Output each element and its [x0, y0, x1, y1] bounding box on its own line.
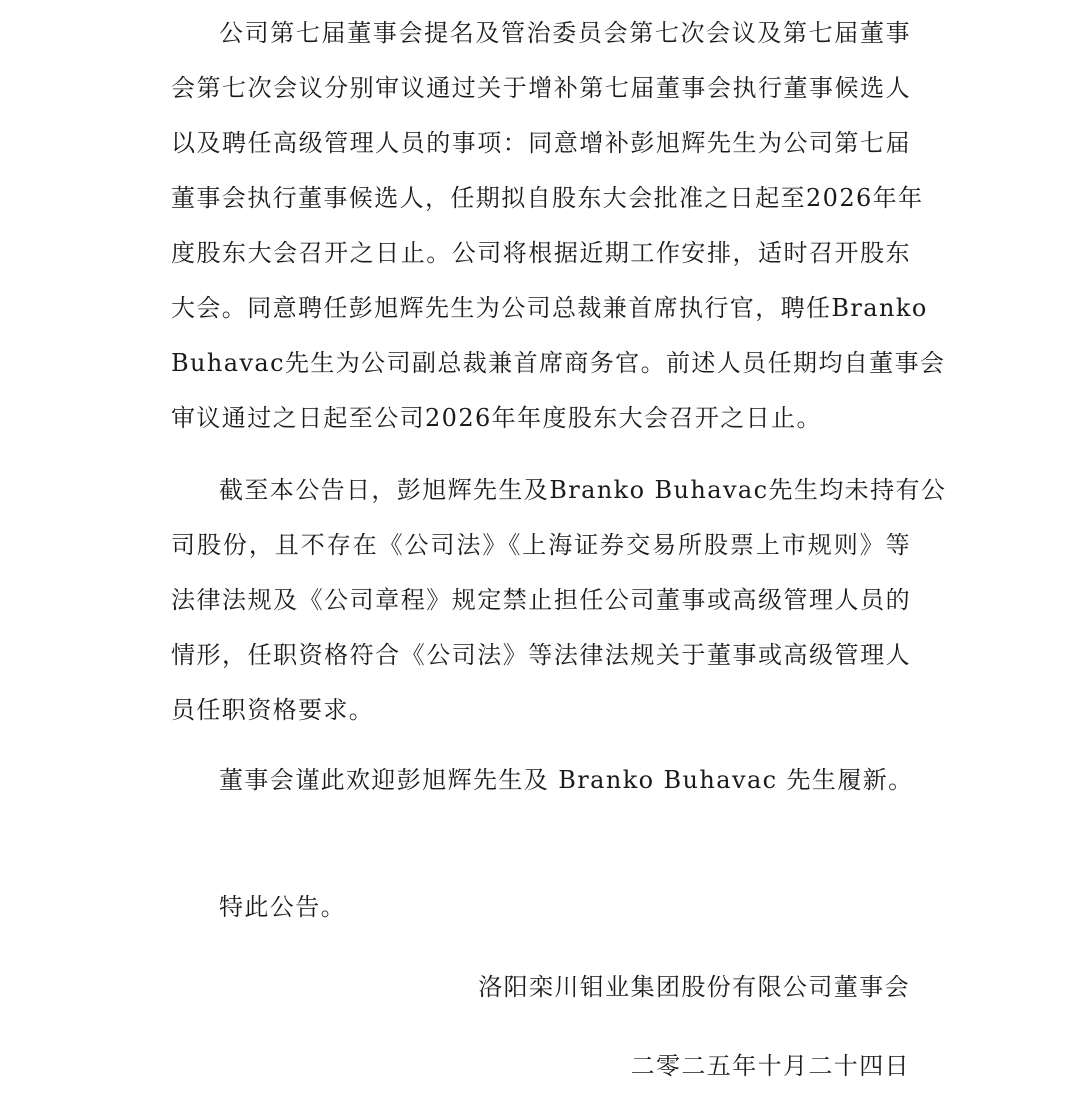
paragraph-2-line-4: 情形，任职资格符合《公司法》等法律法规关于董事或高级管理人 [171, 640, 911, 670]
paragraph-1-line-4: 董事会执行董事候选人，任期拟自股东大会批准之日起至2026年年 [171, 183, 911, 213]
paragraph-1-line-8: 审议通过之日起至公司2026年年度股东大会召开之日止。 [171, 403, 911, 433]
paragraph-2-line-1: 截至本公告日，彭旭辉先生及Branko Buhavac先生均未持有公 [219, 475, 911, 505]
paragraph-1-line-7: Buhavac先生为公司副总裁兼首席商务官。前述人员任期均自董事会 [171, 348, 911, 378]
paragraph-2-line-3: 法律法规及《公司章程》规定禁止担任公司董事或高级管理人员的 [171, 585, 911, 615]
signature-date: 二零二五年十月二十四日 [631, 1051, 910, 1081]
paragraph-3-line-1: 董事会谨此欢迎彭旭辉先生及 Branko Buhavac 先生履新。 [219, 765, 911, 795]
announcement-page: 公司第七届董事会提名及管治委员会第七次会议及第七届董事 会第七次会议分别审议通过… [0, 0, 1080, 1104]
paragraph-2-line-2: 司股份，且不存在《公司法》《上海证券交易所股票上市规则》等 [171, 530, 911, 560]
paragraph-1-line-2: 会第七次会议分别审议通过关于增补第七届董事会执行董事候选人 [171, 73, 911, 103]
signature-company: 洛阳栾川钼业集团股份有限公司董事会 [478, 972, 910, 1002]
paragraph-1-line-6: 大会。同意聘任彭旭辉先生为公司总裁兼首席执行官，聘任Branko [171, 293, 911, 323]
paragraph-1-line-1: 公司第七届董事会提名及管治委员会第七次会议及第七届董事 [219, 18, 911, 48]
closing-text: 特此公告。 [219, 892, 911, 922]
paragraph-1-line-5: 度股东大会召开之日止。公司将根据近期工作安排，适时召开股东 [171, 238, 911, 268]
paragraph-2-line-5: 员任职资格要求。 [171, 695, 911, 725]
paragraph-1-line-3: 以及聘任高级管理人员的事项：同意增补彭旭辉先生为公司第七届 [171, 128, 911, 158]
